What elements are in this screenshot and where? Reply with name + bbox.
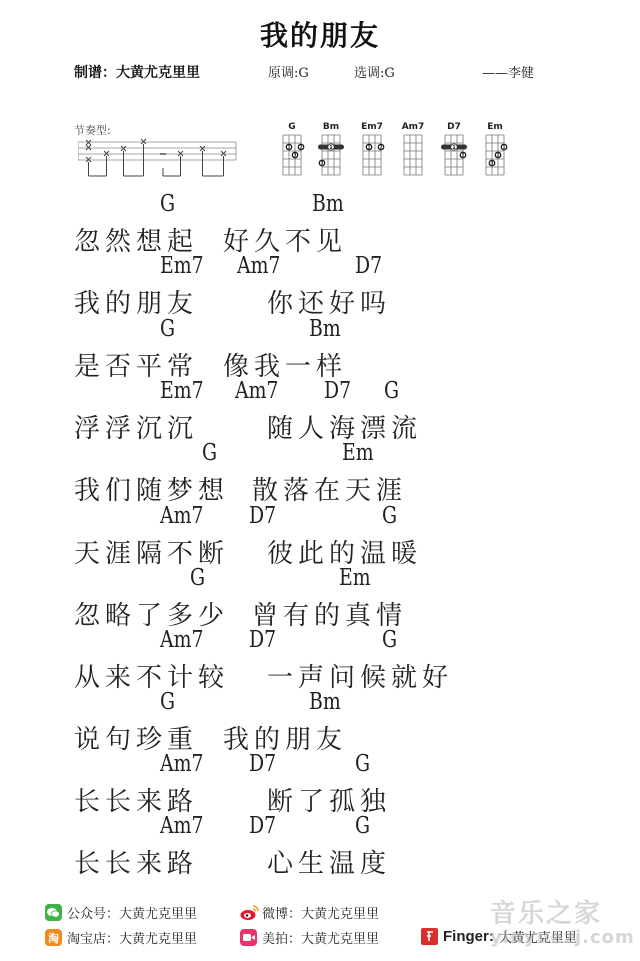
chord-chart-name: Em7 <box>355 122 389 132</box>
finger-label: Finger: <box>443 928 494 945</box>
chord-symbol: Am7 <box>237 253 281 279</box>
taobao-text: 淘宝店：大黄尤克里里 <box>67 928 197 947</box>
svg-text:2: 2 <box>380 145 383 150</box>
lyric-phrase: 心生温度 <box>267 843 391 880</box>
wechat-text: 公众号：大黄尤克里里 <box>67 903 197 922</box>
svg-text:2: 2 <box>462 153 465 158</box>
lyric-line: 天涯隔不断彼此的温暖 <box>74 533 574 565</box>
chord-chart-d7: D712 <box>437 122 471 180</box>
chord-line: Em7Am7D7 <box>74 253 574 281</box>
chord-symbol: Bm <box>312 191 344 217</box>
svg-text:2: 2 <box>497 153 500 158</box>
meipai-text: 美拍：大黄尤克里里 <box>262 928 379 947</box>
svg-text:3: 3 <box>491 161 494 166</box>
meipai-icon <box>240 929 257 946</box>
chord-symbol: G <box>355 751 370 777</box>
chord-line: Em7Am7D7G <box>74 378 574 406</box>
svg-text:1: 1 <box>503 145 506 150</box>
song-title: 我的朋友 <box>0 14 640 54</box>
rhythm-label: 节奏型: <box>74 122 111 138</box>
chord-symbol: Bm <box>309 689 341 715</box>
chord-chart-bm: Bm13 <box>314 122 348 180</box>
chord-line: GBm <box>74 191 574 219</box>
lyric-line: 忽然想起好久不见 <box>74 221 574 253</box>
lyric-phrase: 我的朋友 <box>74 283 198 320</box>
footer-meipai: 美拍：大黄尤克里里 <box>240 928 379 947</box>
watermark-title: 音乐之家 <box>490 902 635 926</box>
watermark-url: yinyuezj.com <box>490 926 635 950</box>
svg-text:2: 2 <box>300 145 303 150</box>
chord-symbol: Am7 <box>235 378 279 404</box>
svg-text:1: 1 <box>452 145 456 151</box>
chord-symbol: G <box>355 813 370 839</box>
chord-symbol: D7 <box>249 751 276 777</box>
chord-line: Am7D7G <box>74 813 574 841</box>
chord-symbol: G <box>384 378 399 404</box>
finger-logo-icon <box>421 928 438 945</box>
lyric-line: 浮浮沉沉随人海漂流 <box>74 408 574 440</box>
chord-symbol: G <box>160 191 175 217</box>
chord-chart-am7: Am7 <box>396 122 430 180</box>
svg-text:3: 3 <box>321 161 324 166</box>
lyric-line: 忽略了多少曾有的真情 <box>74 595 574 627</box>
weibo-text: 微博：大黄尤克里里 <box>262 903 379 922</box>
taobao-icon: 淘 <box>45 929 62 946</box>
chord-symbol: G <box>202 440 217 466</box>
rhythm-pattern-staff <box>78 138 238 182</box>
chord-chart-name: Em <box>478 122 512 132</box>
chord-symbol: G <box>382 503 397 529</box>
svg-text:3: 3 <box>294 153 297 158</box>
chord-symbol: D7 <box>355 253 382 279</box>
chord-symbol: D7 <box>249 503 276 529</box>
chord-symbol: Em <box>342 440 374 466</box>
chord-symbol: D7 <box>249 813 276 839</box>
chord-symbol: Em7 <box>160 378 204 404</box>
selected-key: 选调:G <box>354 62 395 81</box>
chord-symbol: Am7 <box>160 503 204 529</box>
chord-line: GEm <box>74 565 574 593</box>
lyric-line: 是否平常像我一样 <box>74 346 574 378</box>
footer-weibo: 微博：大黄尤克里里 <box>240 903 379 922</box>
lyric-phrase: 你还好吗 <box>267 283 391 320</box>
chord-symbol: Em <box>339 565 371 591</box>
svg-text:1: 1 <box>288 145 291 150</box>
lyric-line: 长长来路断了孤独 <box>74 781 574 813</box>
chord-symbol: Am7 <box>160 813 204 839</box>
lyric-line: 从来不计较一声问候就好 <box>74 657 574 689</box>
arranger-credit: 制谱：大黄尤克里里 <box>74 62 200 82</box>
chord-symbol: D7 <box>324 378 351 404</box>
chord-chart-name: D7 <box>437 122 471 132</box>
lyric-line: 我们随梦想散落在天涯 <box>74 470 574 502</box>
footer-taobao: 淘 淘宝店：大黄尤克里里 <box>45 928 197 947</box>
chord-symbol: Am7 <box>160 627 204 653</box>
wechat-icon <box>45 904 62 921</box>
chord-line: GBm <box>74 316 574 344</box>
chord-symbol: G <box>190 565 205 591</box>
lyric-phrase: 长长来路 <box>74 843 198 880</box>
chord-symbol: D7 <box>249 627 276 653</box>
artist-name: ——李健 <box>482 62 534 81</box>
lyric-phrase: 散落在天涯 <box>252 470 407 507</box>
chord-symbol: G <box>382 627 397 653</box>
chord-line: GBm <box>74 689 574 717</box>
chord-chart-name: Am7 <box>396 122 430 132</box>
chord-chart-g: G123 <box>275 122 309 180</box>
chord-symbol: Am7 <box>160 751 204 777</box>
chord-line: GEm <box>74 440 574 468</box>
footer-wechat: 公众号：大黄尤克里里 <box>45 903 197 922</box>
svg-text:1: 1 <box>368 145 371 150</box>
lyric-line: 长长来路心生温度 <box>74 843 574 875</box>
lyric-line: 说句珍重我的朋友 <box>74 719 574 751</box>
chord-chart-em7: Em712 <box>355 122 389 180</box>
site-watermark: 音乐之家 yinyuezj.com <box>490 902 635 950</box>
lyric-line: 我的朋友你还好吗 <box>74 283 574 315</box>
original-key: 原调:G <box>268 62 309 81</box>
weibo-icon <box>240 904 257 921</box>
chord-line: Am7D7G <box>74 627 574 655</box>
svg-text:1: 1 <box>329 145 333 151</box>
chord-symbol: Em7 <box>160 253 204 279</box>
chord-line: Am7D7G <box>74 751 574 779</box>
chord-chart-em: Em123 <box>478 122 512 180</box>
chord-chart-name: G <box>275 122 309 132</box>
lyric-phrase: 我们随梦想 <box>74 470 229 507</box>
chord-symbol: G <box>160 689 175 715</box>
svg-text:淘: 淘 <box>48 931 59 945</box>
chord-symbol: G <box>160 316 175 342</box>
chord-line: Am7D7G <box>74 503 574 531</box>
chord-chart-name: Bm <box>314 122 348 132</box>
chord-symbol: Bm <box>309 316 341 342</box>
